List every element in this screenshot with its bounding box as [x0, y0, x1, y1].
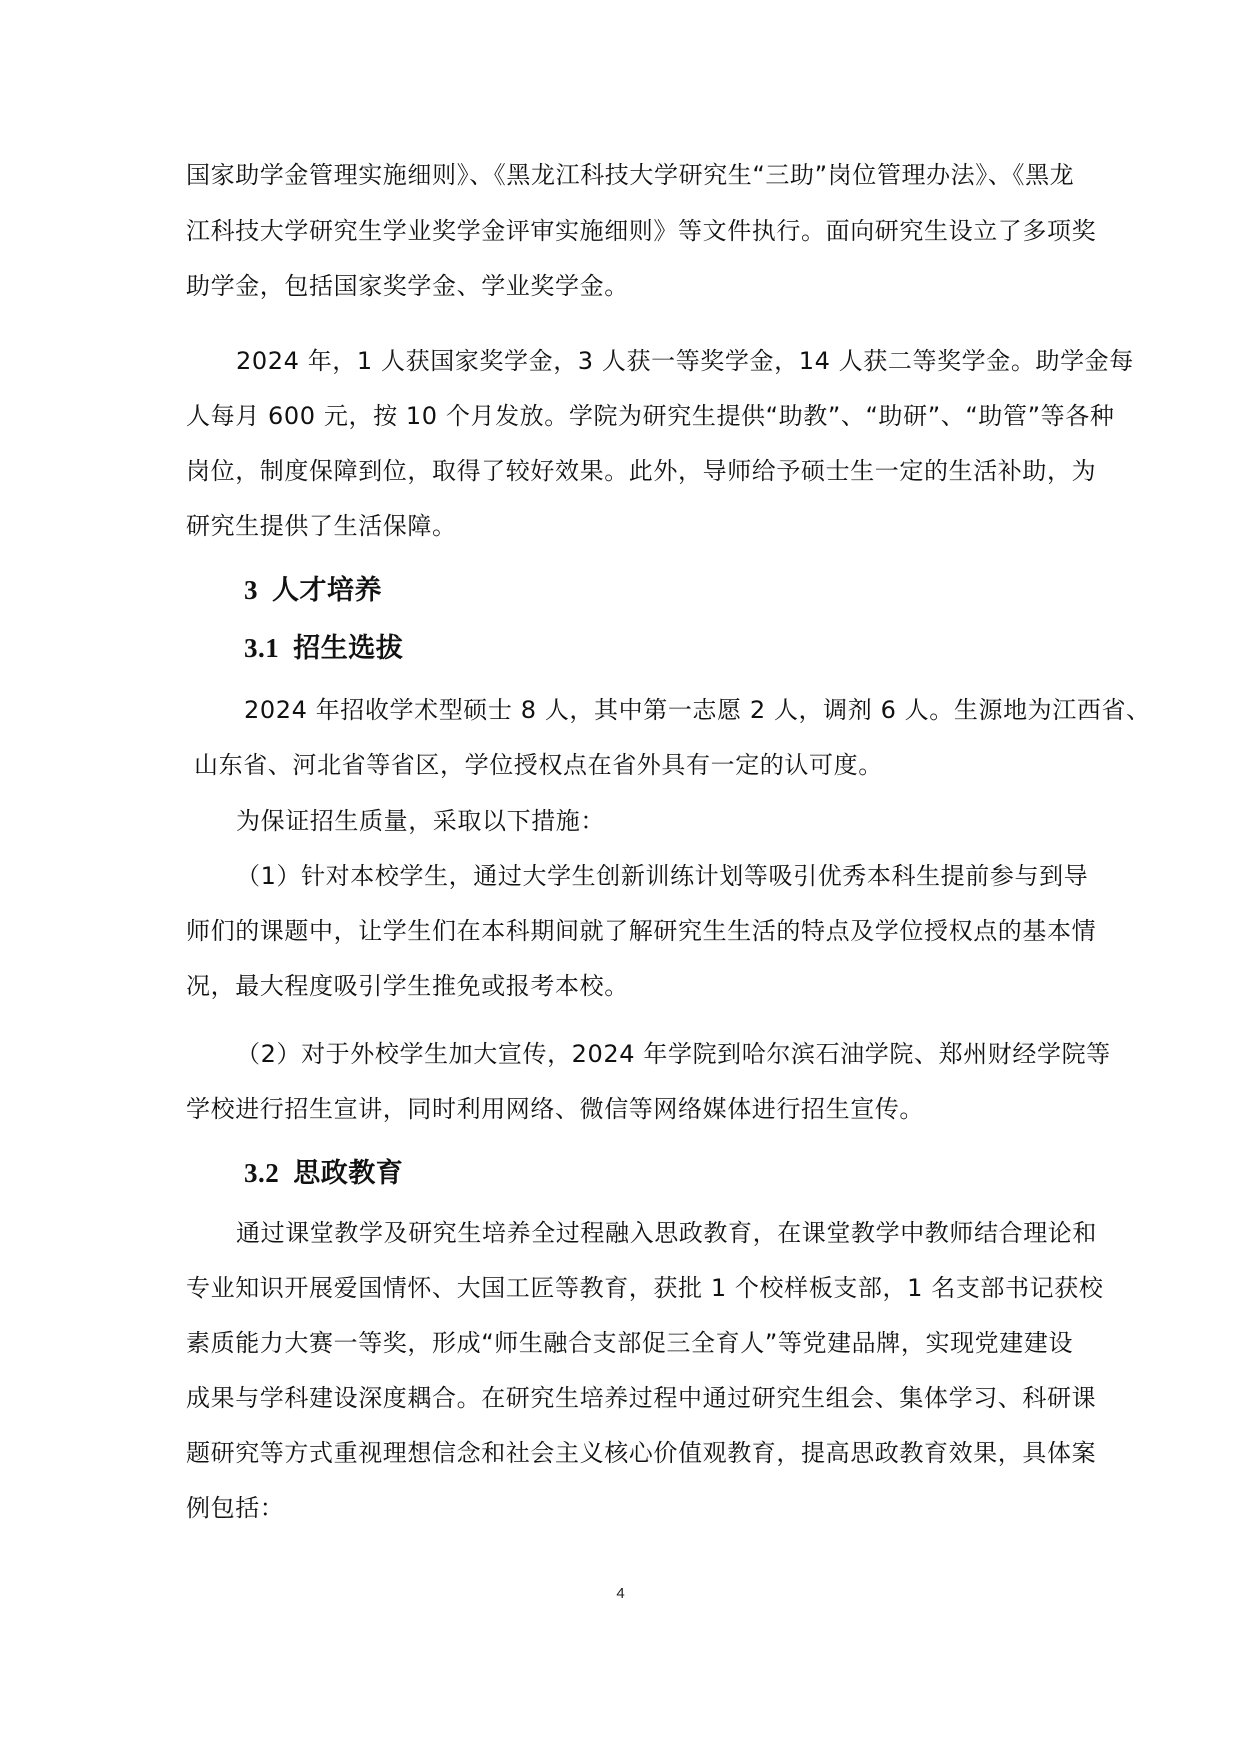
section-number: 3 — [244, 575, 258, 605]
list-item-line: （2）对于外校学生加大宣传，2024 年学院到哈尔滨石油学院、郑州财经学院等 — [236, 1039, 1111, 1069]
list-item-line: （1）针对本校学生，通过大学生创新训练计划等吸引优秀本科生提前参与到导 — [236, 861, 1088, 891]
list-item-line: 况，最大程度吸引学生推免或报考本校。 — [186, 971, 629, 1001]
text-line: 国家助学金管理实施细则》、《黑龙江科技大学研究生“三助”岗位管理办法》、《黑龙 — [186, 160, 1074, 190]
text-line: 通过课堂教学及研究生培养全过程融入思政教育，在课堂教学中教师结合理论和 — [236, 1218, 1097, 1248]
list-item-line: 师们的课题中，让学生们在本科期间就了解研究生生活的特点及学位授权点的基本情 — [186, 916, 1096, 946]
text-line: 江科技大学研究生学业奖学金评审实施细则》等文件执行。面向研究生设立了多项奖 — [186, 216, 1096, 246]
section-heading-3-1: 3.1招生选拔 — [244, 631, 403, 666]
text-line: 2024 年，1 人获国家奖学金，3 人获一等奖学金，14 人获二等奖学金。助学… — [236, 346, 1134, 376]
text-line: 专业知识开展爱国情怀、大国工匠等教育，获批 1 个校样板支部，1 名支部书记获校 — [186, 1273, 1103, 1303]
list-item-line: 学校进行招生宣讲，同时利用网络、微信等网络媒体进行招生宣传。 — [186, 1094, 924, 1124]
text-line: 助学金，包括国家奖学金、学业奖学金。 — [186, 271, 629, 301]
page-number: 4 — [0, 1585, 1241, 1602]
section-heading-3-2: 3.2思政教育 — [244, 1156, 403, 1191]
text-line: 为保证招生质量，采取以下措施： — [236, 806, 605, 836]
section-title: 思政教育 — [293, 1158, 403, 1189]
text-line: 素质能力大赛一等奖，形成“师生融合支部促三全育人”等党建品牌，实现党建建设 — [186, 1328, 1073, 1358]
text-line: 2024 年招收学术型硕士 8 人，其中第一志愿 2 人，调剂 6 人。生源地为… — [244, 695, 1151, 725]
text-line: 成果与学科建设深度耦合。在研究生培养过程中通过研究生组会、集体学习、科研课 — [186, 1383, 1096, 1413]
section-title: 招生选拔 — [293, 633, 403, 664]
text-line: 题研究等方式重视理想信念和社会主义核心价值观教育，提高思政教育效果，具体案 — [186, 1438, 1096, 1468]
document-page: 国家助学金管理实施细则》、《黑龙江科技大学研究生“三助”岗位管理办法》、《黑龙 … — [0, 0, 1241, 1754]
text-line: 山东省、河北省等省区，学位授权点在省外具有一定的认可度。 — [194, 750, 883, 780]
text-line: 研究生提供了生活保障。 — [186, 511, 457, 541]
text-line: 岗位，制度保障到位，取得了较好效果。此外，导师给予硕士生一定的生活补助，为 — [186, 456, 1096, 486]
section-title: 人才培养 — [272, 575, 382, 606]
section-number: 3.1 — [244, 633, 279, 663]
section-number: 3.2 — [244, 1158, 279, 1188]
section-heading-3: 3人才培养 — [244, 573, 382, 608]
text-line: 人每月 600 元，按 10 个月发放。学院为研究生提供“助教”、“助研”、“助… — [186, 401, 1114, 431]
text-line: 例包括： — [186, 1493, 284, 1523]
